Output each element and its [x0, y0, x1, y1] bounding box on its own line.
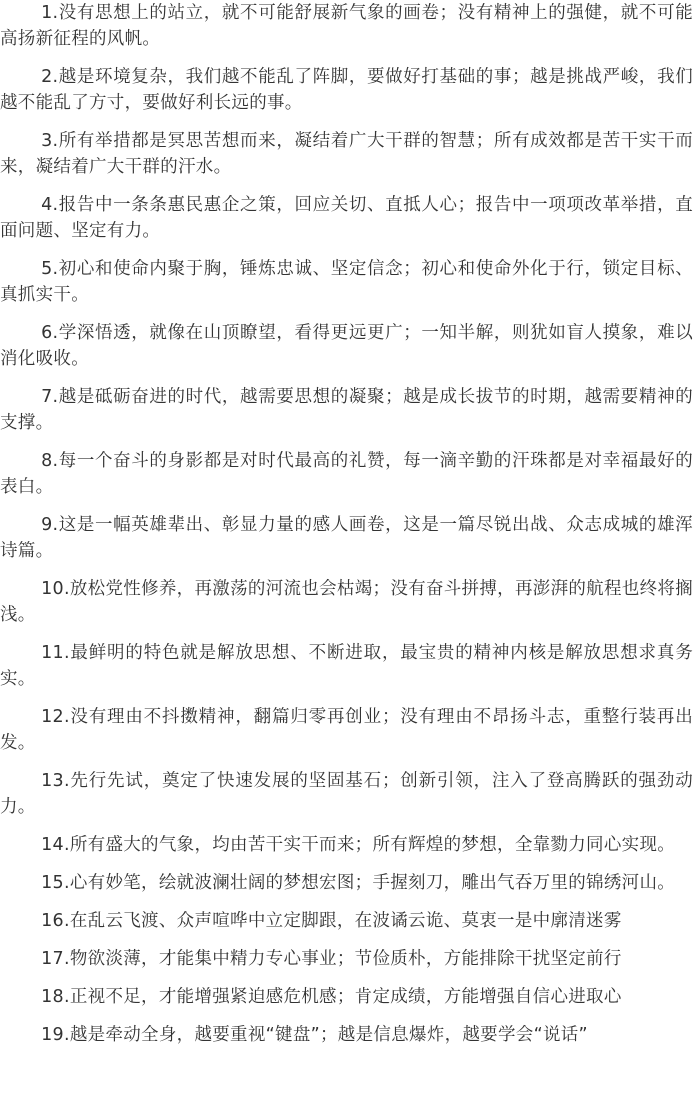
paragraph-3: 3.所有举措都是冥思苦想而来，凝结着广大干群的智慧；所有成效都是苦干实干而来，凝… — [0, 128, 693, 180]
paragraph-8: 8.每一个奋斗的身影都是对时代最高的礼赞，每一滴辛勤的汗珠都是对幸福最好的表白。 — [0, 448, 693, 500]
paragraph-19: 19.越是牵动全身，越要重视“键盘”；越是信息爆炸，越要学会“说话” — [0, 1022, 693, 1048]
paragraph-9: 9.这是一幅英雄辈出、彰显力量的感人画卷，这是一篇尽锐出战、众志成城的雄浑诗篇。 — [0, 512, 693, 564]
paragraph-17: 17.物欲淡薄，才能集中精力专心事业；节俭质朴，方能排除干扰坚定前行 — [0, 946, 693, 972]
paragraph-10: 10.放松党性修养，再激荡的河流也会枯竭；没有奋斗拼搏，再澎湃的航程也终将搁浅。 — [0, 576, 693, 628]
paragraph-18: 18.正视不足，才能增强紧迫感危机感；肯定成绩，方能增强自信心进取心 — [0, 984, 693, 1010]
paragraph-4: 4.报告中一条条惠民惠企之策，回应关切、直抵人心；报告中一项项改革举措，直面问题… — [0, 192, 693, 244]
paragraph-14: 14.所有盛大的气象，均由苦干实干而来；所有辉煌的梦想，全靠勠力同心实现。 — [0, 832, 693, 858]
paragraph-2: 2.越是环境复杂，我们越不能乱了阵脚，要做好打基础的事；越是挑战严峻，我们越不能… — [0, 64, 693, 116]
paragraph-12: 12.没有理由不抖擞精神，翻篇归零再创业；没有理由不昂扬斗志，重整行装再出发。 — [0, 704, 693, 756]
paragraph-5: 5.初心和使命内聚于胸，锤炼忠诚、坚定信念；初心和使命外化于行，锁定目标、真抓实… — [0, 256, 693, 308]
paragraph-1: 1.没有思想上的站立，就不可能舒展新气象的画卷；没有精神上的强健，就不可能高扬新… — [0, 0, 693, 52]
article-body: 1.没有思想上的站立，就不可能舒展新气象的画卷；没有精神上的强健，就不可能高扬新… — [0, 0, 693, 1048]
paragraph-16: 16.在乱云飞渡、众声喧哗中立定脚跟，在波谲云诡、莫衷一是中廓清迷雾 — [0, 908, 693, 934]
paragraph-13: 13.先行先试，奠定了快速发展的坚固基石；创新引领，注入了登高腾跃的强劲动力。 — [0, 768, 693, 820]
paragraph-11: 11.最鲜明的特色就是解放思想、不断进取，最宝贵的精神内核是解放思想求真务实。 — [0, 640, 693, 692]
paragraph-7: 7.越是砥砺奋进的时代，越需要思想的凝聚；越是成长拔节的时期，越需要精神的支撑。 — [0, 384, 693, 436]
paragraph-15: 15.心有妙笔，绘就波澜壮阔的梦想宏图；手握刻刀，雕出气吞万里的锦绣河山。 — [0, 870, 693, 896]
paragraph-6: 6.学深悟透，就像在山顶瞭望，看得更远更广；一知半解，则犹如盲人摸象，难以消化吸… — [0, 320, 693, 372]
